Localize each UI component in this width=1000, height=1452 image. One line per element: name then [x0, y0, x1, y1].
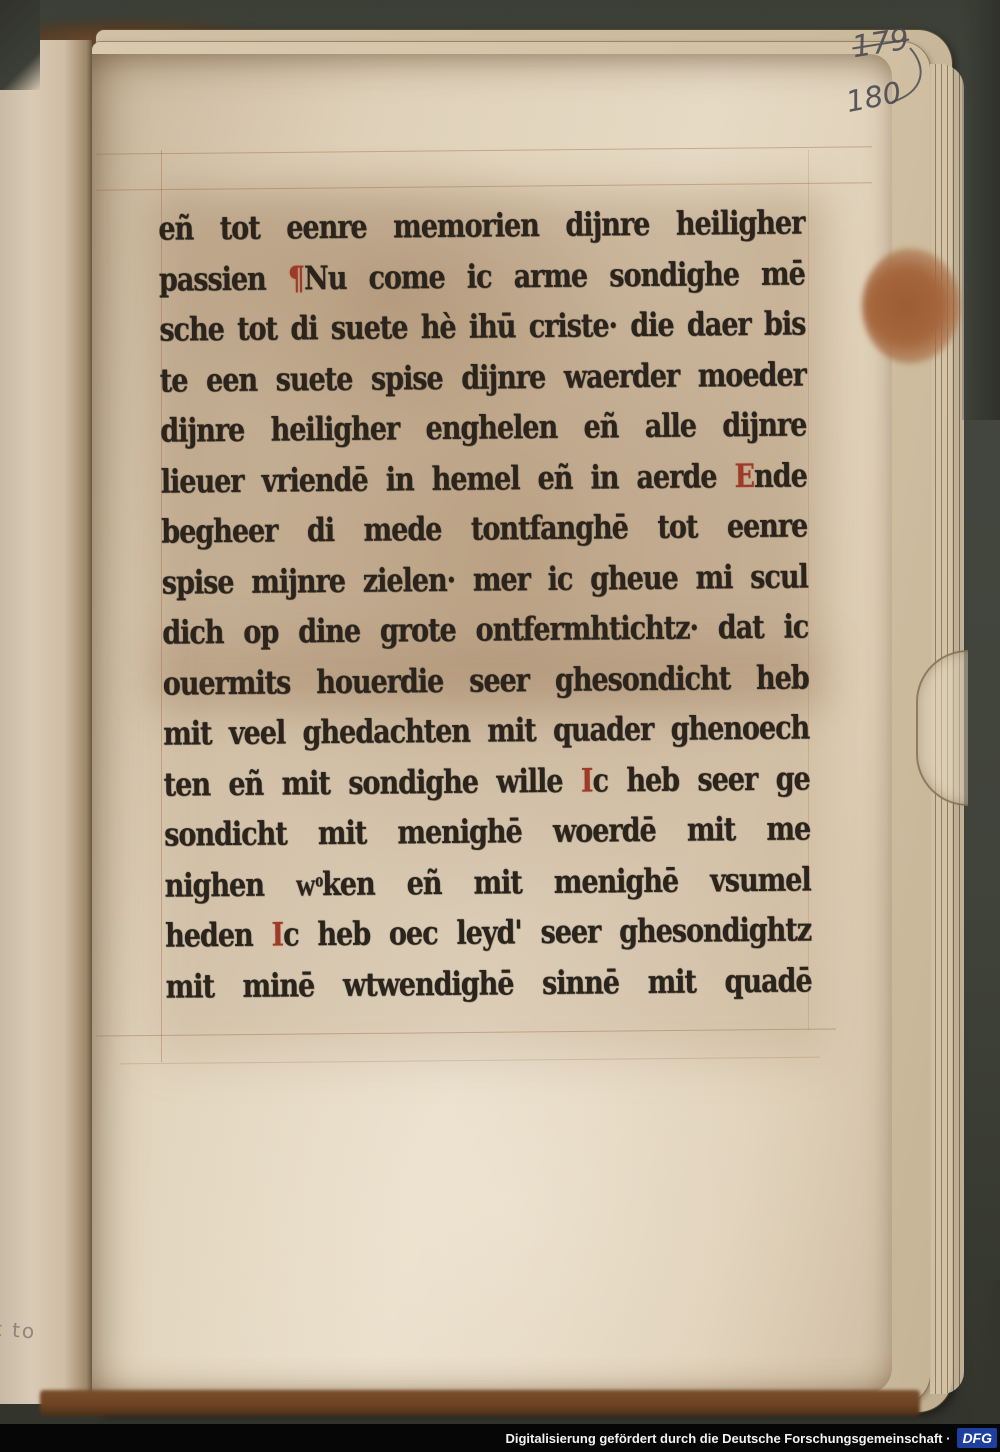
- cover-corner-top-left: [0, 0, 40, 90]
- rubricated-letter: E: [734, 458, 754, 495]
- facing-page-gutter: [0, 40, 92, 1404]
- cover-right-top: [962, 0, 1000, 420]
- text-block: eñ tot eenre memorien dijnre heiligherpa…: [158, 199, 812, 1013]
- rubricated-letter: I: [581, 762, 593, 799]
- manuscript-line: mit minē wtwendighē sinnē mit quadē: [165, 951, 812, 1018]
- rubricated-letter: I: [271, 917, 283, 954]
- clasp-rust-stain: [862, 248, 960, 364]
- ghost-text-bottom-left: t to: [0, 1317, 37, 1344]
- fore-edge-index-tab: [916, 650, 968, 806]
- rubricated-letter: ¶: [288, 260, 305, 297]
- footer-credit-text: Digitalisierung gefördert durch die Deut…: [505, 1431, 950, 1446]
- digitization-footer: Digitalisierung gefördert durch die Deut…: [0, 1424, 1000, 1452]
- dfg-logo: DFG: [957, 1428, 997, 1448]
- binding-leather-bottom: [40, 1390, 920, 1416]
